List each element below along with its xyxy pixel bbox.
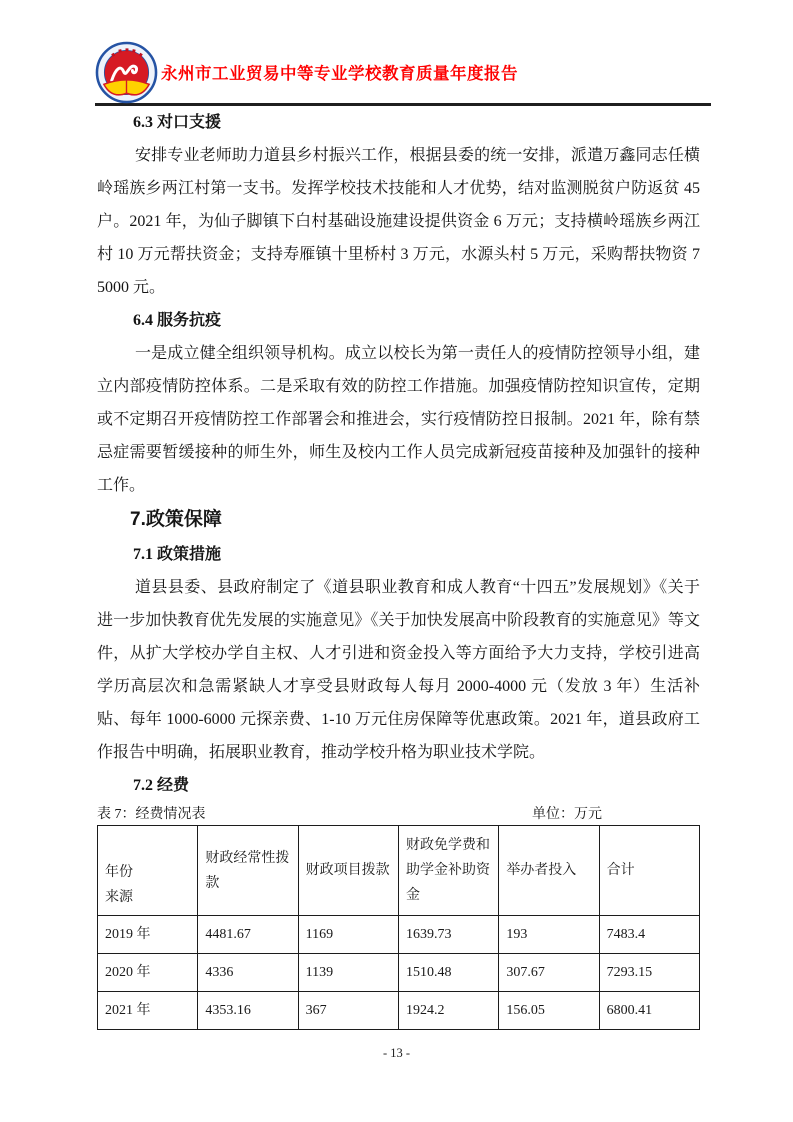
funding-table: 年份 来源 财政经常性拨款 财政项目拨款 财政免学费和助学金补助资金 举办者投入… [97,825,700,1030]
section-heading-6-4: 6.4 服务抗疫 [97,304,700,337]
row-year: 2021 年 [98,992,198,1030]
corner-label-source: 来源 [105,885,190,910]
table-cell: 7293.15 [599,954,699,992]
table-cell: 307.67 [499,954,599,992]
table-caption-row: 表 7：经费情况表 单位：万元 [97,805,700,824]
table-unit-label: 单位：万元 [532,805,602,824]
table-header-row: 年份 来源 财政经常性拨款 财政项目拨款 财政免学费和助学金补助资金 举办者投入… [98,826,700,916]
table-cell: 6800.41 [599,992,699,1030]
paragraph-7-1: 道县县委、县政府制定了《道县职业教育和成人教育“十四五”发展规划》《关于进一步加… [97,571,700,769]
row-year: 2020 年 [98,954,198,992]
column-header: 财政免学费和助学金补助资金 [398,826,498,916]
section-heading-7-2: 7.2 经费 [97,769,700,802]
table-cell: 4336 [198,954,298,992]
table-row: 2019 年 4481.67 1169 1639.73 193 7483.4 [98,916,700,954]
table-cell: 1139 [298,954,398,992]
table-cell: 156.05 [499,992,599,1030]
column-header: 财政经常性拨款 [198,826,298,916]
report-title: 永州市工业贸易中等专业学校教育质量年度报告 [161,60,518,84]
row-year: 2019 年 [98,916,198,954]
table-cell: 193 [499,916,599,954]
table-cell: 1924.2 [398,992,498,1030]
page-footer: - 13 - [0,1046,793,1061]
page-number: - 13 - [383,1046,410,1060]
table-cell: 4353.16 [198,992,298,1030]
table-caption: 表 7：经费情况表 [97,805,206,824]
paragraph-6-4: 一是成立健全组织领导机构。成立以校长为第一责任人的疫情防控领导小组，建立内部疫情… [97,337,700,502]
corner-label-year: 年份 [105,860,190,885]
column-header: 合计 [599,826,699,916]
table-cell: 1169 [298,916,398,954]
table-row: 2020 年 4336 1139 1510.48 307.67 7293.15 [98,954,700,992]
table-row: 2021 年 4353.16 367 1924.2 156.05 6800.41 [98,992,700,1030]
paragraph-6-3: 安排专业老师助力道县乡村振兴工作，根据县委的统一安排，派遣万鑫同志任横岭瑶族乡两… [97,139,700,304]
table-cell: 367 [298,992,398,1030]
report-page: 永州市工业贸易中等专业学校教育质量年度报告 6.3 对口支援 安排专业老师助力道… [0,0,793,1122]
chapter-heading-7: 7.政策保障 [97,502,700,538]
table-cell: 7483.4 [599,916,699,954]
table-cell: 1510.48 [398,954,498,992]
section-heading-6-3: 6.3 对口支援 [97,106,700,139]
table-cell: 4481.67 [198,916,298,954]
page-header: 永州市工业贸易中等专业学校教育质量年度报告 [95,40,711,106]
column-header: 财政项目拨款 [298,826,398,916]
table-cell: 1639.73 [398,916,498,954]
column-header: 举办者投入 [499,826,599,916]
section-heading-7-1: 7.1 政策措施 [97,538,700,571]
corner-header-cell: 年份 来源 [98,826,198,916]
school-badge-icon [95,41,158,104]
page-content: 6.3 对口支援 安排专业老师助力道县乡村振兴工作，根据县委的统一安排，派遣万鑫… [97,106,700,1030]
